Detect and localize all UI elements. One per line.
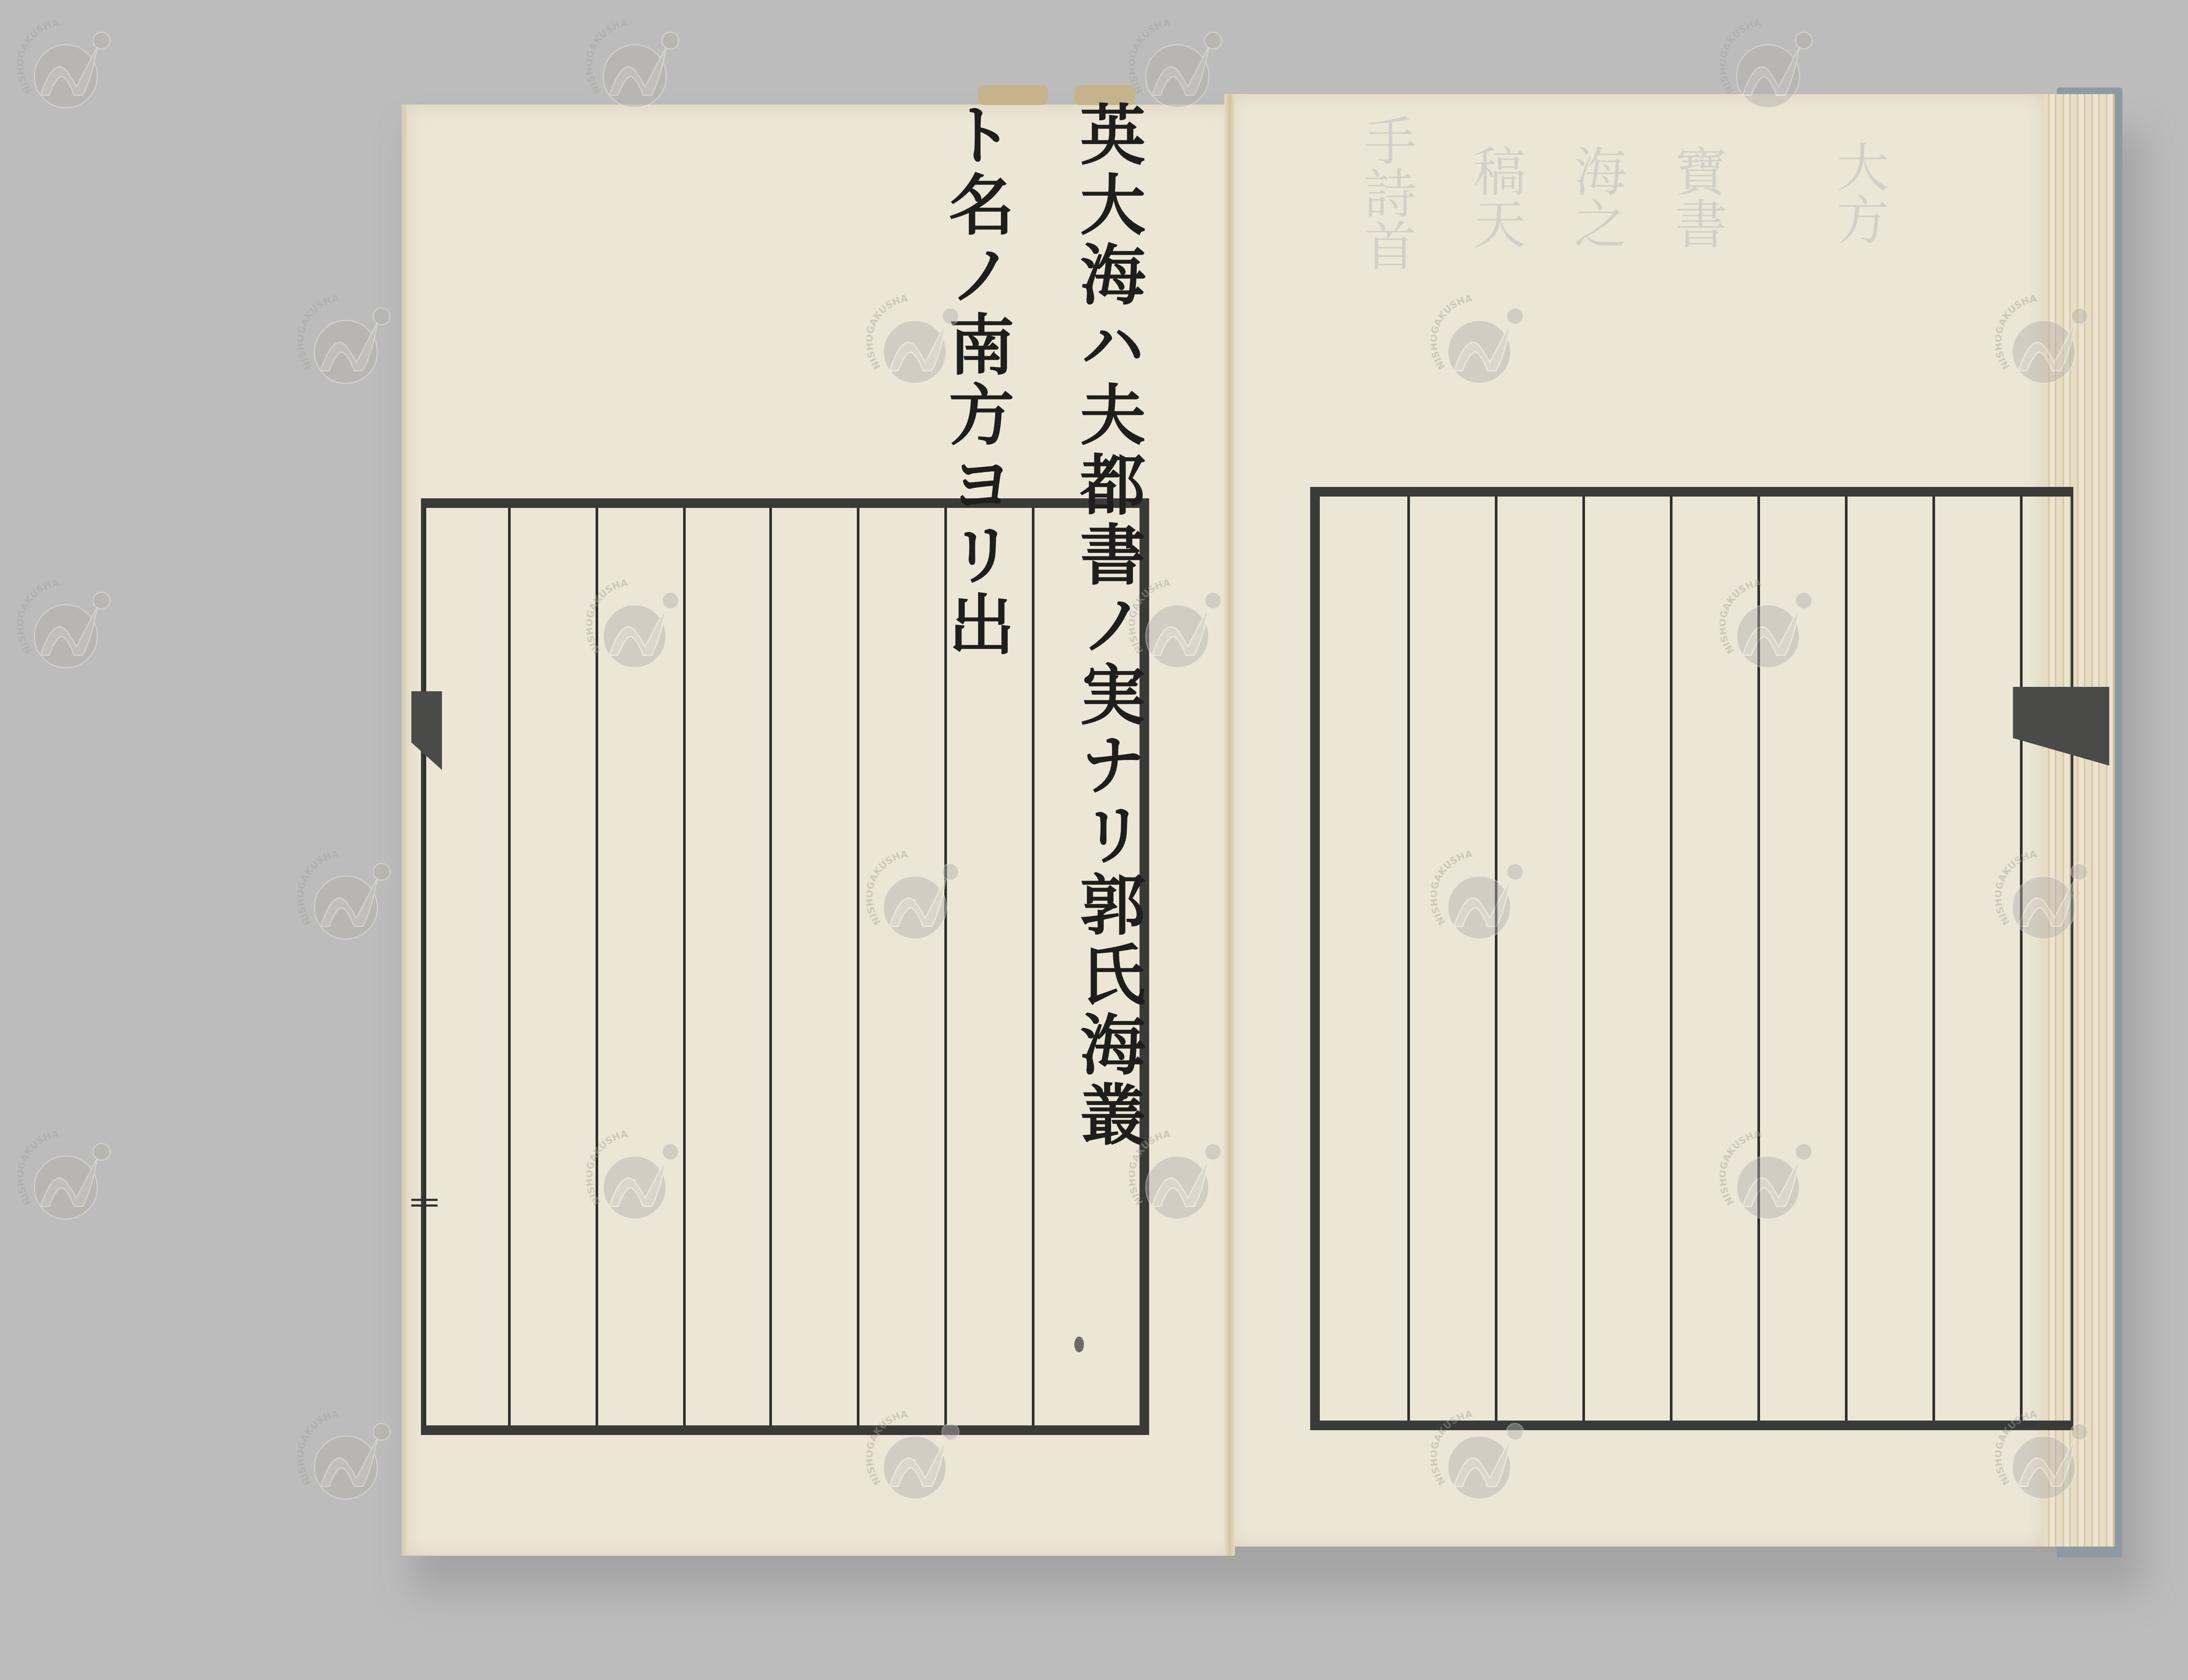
column-rule [508,508,511,1425]
book-gutter [1224,94,1235,1555]
nishogakusha-logo-icon: NISHOGAKUSHA [1129,577,1234,682]
nishogakusha-logo-icon: NISHOGAKUSHA [298,1409,403,1514]
column-rule [1407,497,1410,1421]
show-through-text: 手詩首 [1348,114,1423,507]
column-rule [857,508,859,1425]
show-through-text: 寶書 [1659,144,1734,538]
margin-tick-mark [411,1199,438,1207]
nishogakusha-logo-icon: NISHOGAKUSHA [1129,1129,1234,1234]
column-rule [424,508,426,1425]
nishogakusha-logo-icon: NISHOGAKUSHA [18,577,123,682]
nishogakusha-logo-icon: NISHOGAKUSHA [586,1129,691,1234]
nishogakusha-logo-icon: NISHOGAKUSHA [1431,849,1536,954]
show-through-text: 海之 [1558,144,1633,538]
right-page-ruled-frame [1310,487,2073,1430]
nishogakusha-logo-icon: NISHOGAKUSHA [1720,577,1825,682]
nishogakusha-logo-icon: NISHOGAKUSHA [18,1129,123,1234]
column-rule [1932,497,1935,1421]
column-rule [1582,497,1585,1421]
nishogakusha-logo-icon: NISHOGAKUSHA [1129,17,1234,122]
nishogakusha-logo-icon: NISHOGAKUSHA [1431,293,1536,398]
column-rule [1845,497,1848,1421]
show-through-text: 大方 [1820,140,1896,534]
nishogakusha-logo-icon: NISHOGAKUSHA [586,577,691,682]
nishogakusha-logo-icon: NISHOGAKUSHA [298,849,403,954]
column-rule [1670,497,1673,1421]
nishogakusha-logo-icon: NISHOGAKUSHA [18,17,123,122]
column-rule [1495,497,1497,1421]
nishogakusha-logo-icon: NISHOGAKUSHA [586,17,691,122]
nishogakusha-logo-icon: NISHOGAKUSHA [1720,1129,1825,1234]
nishogakusha-logo-icon: NISHOGAKUSHA [1995,849,2100,954]
column-rule [769,508,772,1425]
nishogakusha-logo-icon: NISHOGAKUSHA [866,1409,971,1514]
ink-spot [1074,1337,1084,1352]
nishogakusha-logo-icon: NISHOGAKUSHA [866,293,971,398]
nishogakusha-logo-icon: NISHOGAKUSHA [1995,1409,2100,1514]
nishogakusha-logo-icon: NISHOGAKUSHA [1431,1409,1536,1514]
nishogakusha-logo-icon: NISHOGAKUSHA [1720,17,1825,122]
column-rule [2020,497,2023,1421]
nishogakusha-logo-icon: NISHOGAKUSHA [298,293,403,398]
nishogakusha-logo-icon: NISHOGAKUSHA [1995,293,2100,398]
nishogakusha-logo-icon: NISHOGAKUSHA [866,849,971,954]
